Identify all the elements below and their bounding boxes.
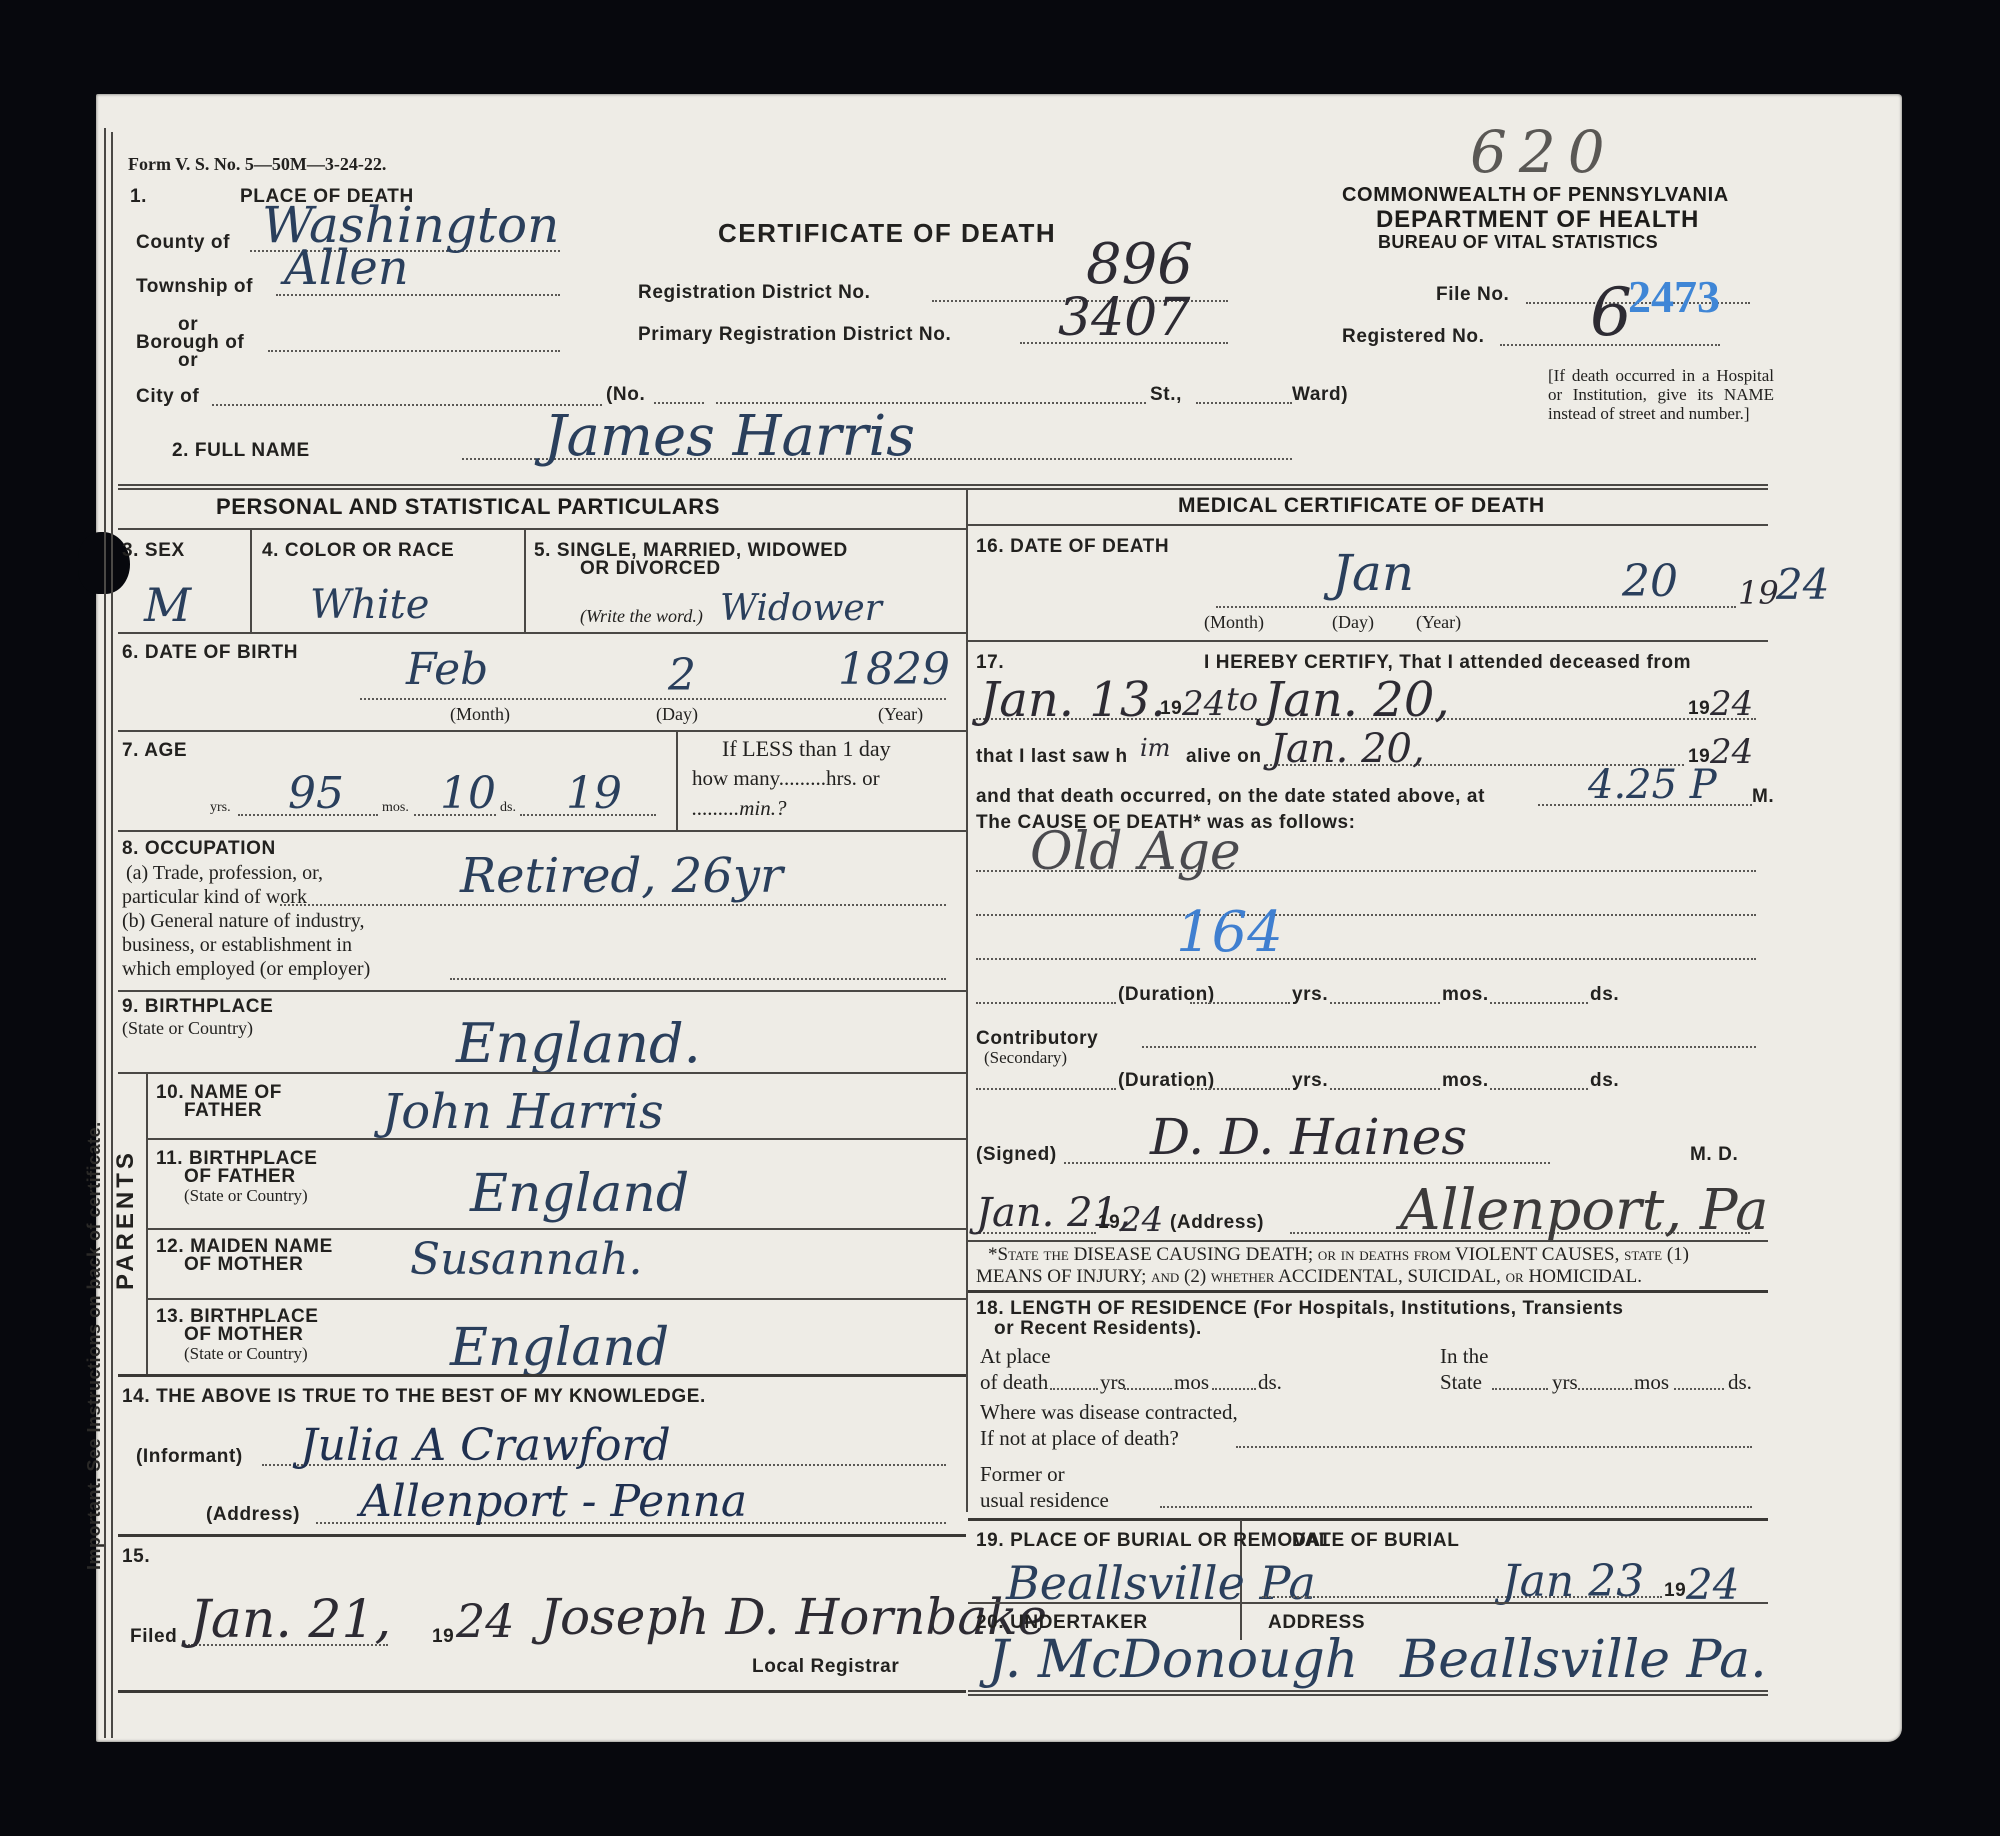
occupation-b-2: business, or establishment in (122, 934, 352, 957)
physician-signature: D. D. Haines (1150, 1108, 1467, 1166)
informant-statement: 14. THE ABOVE IS TRUE TO THE BEST OF MY … (122, 1386, 706, 1408)
father-birthplace-label-2: OF FATHER (184, 1166, 296, 1188)
in-state-yrs: yrs (1552, 1370, 1578, 1395)
death-time-suffix: M. (1752, 786, 1774, 808)
medical-heading: MEDICAL CERTIFICATE OF DEATH (1178, 494, 1545, 518)
residence-heading-1: 18. LENGTH OF RESIDENCE (For Hospitals, … (976, 1298, 1624, 1320)
father-birthplace-label-3: (State or Country) (184, 1186, 308, 1206)
burial-year-prefix: 19 (1664, 1580, 1686, 1602)
header-divider (118, 484, 1768, 490)
age-ds-caption: ds. (500, 800, 516, 816)
duration-ds-label: ds. (1590, 984, 1619, 1006)
md-label: M. D. (1690, 1144, 1738, 1166)
section-15-number: 15. (122, 1546, 150, 1568)
marital-hint: (Write the word.) (580, 606, 703, 627)
father-name-value: John Harris (382, 1084, 664, 1140)
sex-value: M (144, 578, 191, 632)
residence-heading-2: or Recent Residents). (994, 1318, 1202, 1340)
filed-year-suffix: 24 (456, 1594, 515, 1648)
death-time-value: 4.25 P (1588, 762, 1717, 808)
footnote-line-2: MEANS OF INJURY; and (2) whether ACCIDEN… (976, 1266, 1642, 1288)
duration-yrs-label: yrs. (1292, 984, 1328, 1006)
attended-from-year-prefix: 19 (1160, 698, 1182, 720)
file-number-label: File No. (1436, 284, 1509, 306)
attended-to-year-prefix: 19 (1688, 698, 1710, 720)
local-registrar-label: Local Registrar (752, 1656, 899, 1678)
occupation-b-3: which employed (or employer) (122, 958, 370, 981)
birthplace-sub: (State or Country) (122, 1018, 253, 1039)
at-place-label-2: of death (980, 1370, 1048, 1395)
occupation-value: Retired, 26yr (460, 848, 783, 904)
undertaker-value: J. McDonough (988, 1630, 1358, 1690)
dod-day-caption: (Day) (1332, 612, 1374, 633)
dod-month-caption: (Month) (1204, 612, 1264, 633)
signed-year-prefix: 19 (1098, 1212, 1120, 1234)
contributory-ds-label: ds. (1590, 1070, 1619, 1092)
last-saw-label: that I last saw h (976, 746, 1128, 768)
street-number-label: (No. (606, 384, 645, 406)
certificate-title: CERTIFICATE OF DEATH (718, 218, 1056, 249)
physician-address-value: Allenport, Pa (1400, 1178, 1768, 1243)
filed-date: Jan. 21, (190, 1590, 391, 1650)
hospital-note: [If death occurred in a Hospital or Inst… (1548, 366, 1774, 423)
contracted-label-1: Where was disease contracted, (980, 1400, 1238, 1425)
dod-month: Jan (1332, 544, 1414, 602)
dob-label: 6. DATE OF BIRTH (122, 642, 298, 664)
burial-place-label: 19. PLACE OF BURIAL OR REMOVAL (976, 1530, 1331, 1552)
marital-value: Widower (720, 588, 882, 629)
primary-district-value: 3407 (1058, 288, 1190, 348)
township-value: Allen (284, 240, 409, 296)
city-label: City of (136, 386, 199, 408)
dod-year-caption: (Year) (1416, 612, 1461, 633)
cause-code: 164 (1176, 900, 1283, 965)
occupation-label: 8. OCCUPATION (122, 838, 276, 860)
contributory-mos-label: mos. (1442, 1070, 1489, 1092)
less-than-day-2: how many.........hrs. or (692, 766, 880, 791)
attended-from: Jan. 13. (980, 672, 1166, 728)
last-saw-date: Jan. 20, (1270, 726, 1425, 772)
personal-heading: PERSONAL AND STATISTICAL PARTICULARS (216, 494, 720, 520)
death-time-label: and that death occurred, on the date sta… (976, 786, 1485, 808)
contributory-label: Contributory (976, 1028, 1098, 1050)
occupation-b-1: (b) General nature of industry, (122, 910, 365, 933)
occupation-a-1: (a) Trade, profession, or, (126, 862, 323, 885)
file-number-stamp: 2473 (1628, 270, 1720, 323)
dod-label: 16. DATE OF DEATH (976, 536, 1169, 558)
contributory-yrs-label: yrs. (1292, 1070, 1328, 1092)
in-state-label-2: State (1440, 1370, 1482, 1395)
dob-year-caption: (Year) (878, 704, 923, 725)
registered-number-value: 6 (1590, 274, 1632, 351)
agency-line-2: DEPARTMENT OF HEALTH (1376, 206, 1699, 234)
secondary-label: (Secondary) (984, 1048, 1067, 1068)
race-label: 4. COLOR OR RACE (262, 540, 454, 562)
age-mos-caption: mos. (382, 800, 409, 816)
dod-year-suffix: 24 (1776, 560, 1829, 609)
parents-side-label: PARENTS (112, 1149, 140, 1290)
less-than-day-1: If LESS than 1 day (722, 736, 891, 762)
birthplace-value: England. (456, 1012, 701, 1075)
alive-on-label: alive on (1186, 746, 1262, 768)
mother-birthplace-value: England (450, 1318, 669, 1378)
informant-address-label: (Address) (206, 1504, 300, 1526)
section-1-number: 1. (130, 186, 147, 208)
burial-date-value: Jan 23 (1502, 1556, 1644, 1607)
dob-year: 1829 (838, 644, 950, 695)
filed-year-prefix: 19 (432, 1626, 454, 1648)
former-residence-label-1: Former or (980, 1462, 1065, 1487)
margin-instruction: Important. See Instructions on back of c… (84, 1121, 105, 1570)
ward-label: Ward) (1292, 384, 1348, 406)
signed-label: (Signed) (976, 1144, 1057, 1166)
former-residence-label-2: usual residence (980, 1488, 1109, 1513)
mother-name-label-2: OF MOTHER (184, 1254, 303, 1276)
footnote-line-1: *State the DISEASE CAUSING DEATH; or in … (988, 1244, 1689, 1266)
certify-text: I HEREBY CERTIFY, That I attended deceas… (1204, 652, 1691, 674)
filed-label: Filed (130, 1626, 177, 1648)
mother-name-value: Susannah. (410, 1234, 643, 1285)
dob-day: 2 (668, 650, 696, 701)
dob-month-caption: (Month) (450, 704, 510, 725)
marital-label-2: OR DIVORCED (580, 558, 721, 580)
at-place-mos: mos (1174, 1370, 1209, 1395)
street-label: St., (1150, 384, 1182, 406)
dob-month: Feb (406, 644, 488, 695)
burial-date-label: DATE OF BURIAL (1292, 1530, 1459, 1552)
at-place-yrs: yrs (1100, 1370, 1126, 1395)
physician-address-label: (Address) (1134, 1212, 1264, 1234)
age-months: 10 (440, 768, 496, 819)
father-name-label-2: FATHER (184, 1100, 262, 1122)
age-days: 19 (566, 768, 622, 819)
full-name-label: 2. FULL NAME (172, 440, 310, 462)
attended-to: Jan. 20, (1264, 672, 1450, 728)
mother-birthplace-label-2: OF MOTHER (184, 1324, 303, 1346)
dod-year-prefix: 19 (1738, 574, 1779, 612)
age-years: 95 (288, 768, 344, 819)
agency-line-1: COMMONWEALTH OF PENNSYLVANIA (1342, 184, 1729, 207)
less-than-day-3: .........min.? (692, 796, 787, 821)
cause-value: Old Age (1030, 822, 1241, 882)
attended-to-year: 24 (1710, 684, 1753, 724)
registration-district-label: Registration District No. (638, 282, 870, 304)
township-label: Township of (136, 276, 253, 298)
attended-from-year: 24 (1182, 684, 1225, 724)
dod-day: 20 (1622, 556, 1678, 607)
age-yrs-caption: yrs. (210, 800, 231, 816)
margin-rule-inner (111, 132, 113, 1738)
birthplace-label: 9. BIRTHPLACE (122, 996, 273, 1018)
county-label: County of (136, 232, 230, 254)
race-value: White (310, 582, 429, 628)
in-state-ds: ds. (1728, 1370, 1752, 1395)
informant-label: (Informant) (136, 1446, 243, 1468)
in-state-mos: mos (1634, 1370, 1669, 1395)
sex-label: 3. SEX (122, 540, 185, 562)
age-label: 7. AGE (122, 740, 187, 762)
to-label: to (1226, 680, 1258, 718)
form-number: Form V. S. No. 5—50M—3-24-22. (128, 154, 386, 175)
mother-birthplace-label-3: (State or Country) (184, 1344, 308, 1364)
section-17-number: 17. (976, 652, 1004, 674)
full-name-value: James Harris (544, 404, 915, 469)
informant-value: Julia A Crawford (300, 1420, 671, 1471)
father-birthplace-value: England (470, 1164, 689, 1224)
dob-day-caption: (Day) (656, 704, 698, 725)
at-place-label-1: At place (980, 1344, 1051, 1369)
agency-line-3: BUREAU OF VITAL STATISTICS (1378, 232, 1658, 253)
informant-address-value: Allenport - Penna (360, 1476, 747, 1527)
filing-number: 620 (1470, 118, 1617, 186)
duration-mos-label: mos. (1442, 984, 1489, 1006)
last-saw-pronoun: im (1140, 734, 1170, 762)
registrar-signature: Joseph D. Hornbake (540, 1588, 1047, 1646)
at-place-ds: ds. (1258, 1370, 1282, 1395)
contracted-label-2: If not at place of death? (980, 1426, 1179, 1451)
primary-district-label: Primary Registration District No. (638, 324, 951, 346)
in-state-label-1: In the (1440, 1344, 1488, 1369)
or-label-2: or (178, 350, 198, 372)
registered-number-label: Registered No. (1342, 326, 1485, 348)
undertaker-address-value: Beallsville Pa. (1400, 1630, 1767, 1690)
